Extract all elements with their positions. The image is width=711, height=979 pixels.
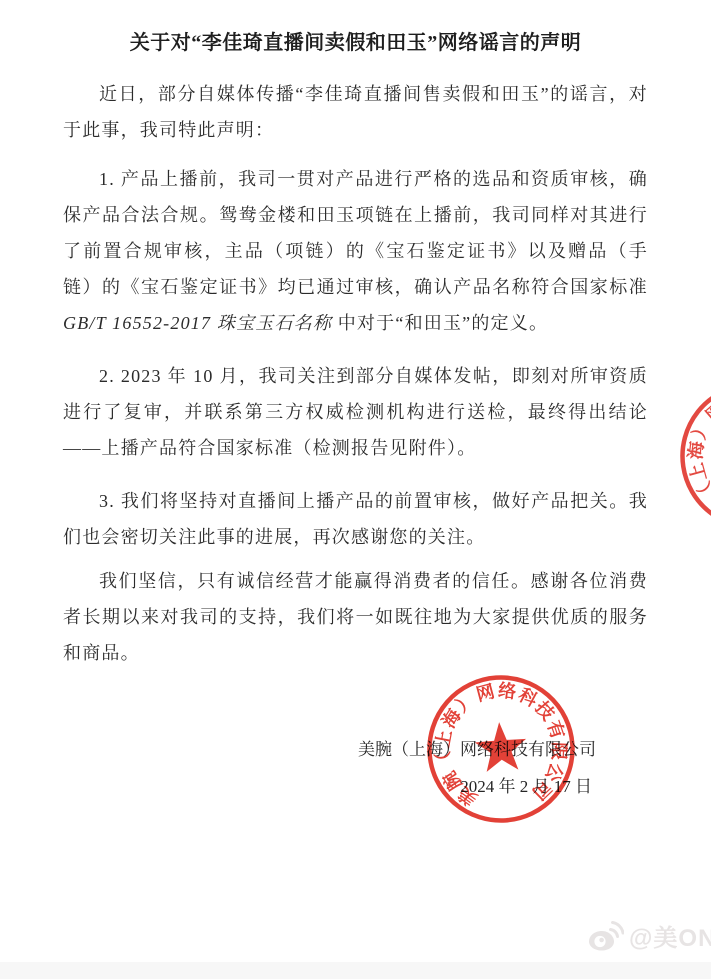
bottom-gray-strip [0,962,711,979]
signature-block: 美腕（上海）网络科技有限公司 2024 年 2 月 17 日 [63,731,648,805]
paragraph-closing: 我们坚信，只有诚信经营才能赢得消费者的信任。感谢各位消费者长期以来对我司的支持，… [63,563,648,671]
paragraph-intro: 近日，部分自媒体传播“李佳琦直播间售卖假和田玉”的谣言，对于此事，我司特此声明： [63,76,648,148]
paragraph-item2: 2. 2023 年 10 月，我司关注到部分自媒体发帖，即刻对所审资质进行了复审… [63,358,648,466]
paragraph-item3: 3. 我们将坚持对直播间上播产品的前置审核，做好产品把关。我们也会密切关注此事的… [63,483,648,555]
statement-document-page: 关于对“李佳琦直播间卖假和田玉”网络谣言的声明 近日，部分自媒体传播“李佳琦直播… [0,0,711,979]
document-body: 关于对“李佳琦直播间卖假和田玉”网络谣言的声明 近日，部分自媒体传播“李佳琦直播… [63,0,648,805]
item1-standard-reference: GB/T 16552-2017 珠宝玉石名称 [63,313,332,333]
weibo-watermark: @美ONE [586,918,711,953]
signature-date: 2024 年 2 月 17 日 [63,768,596,805]
partial-seal-ring-text: 美腕（上海）网络科技有限公司 [659,361,711,542]
weibo-icon [586,919,624,953]
svg-text:美腕（上海）网络科技有限公司: 美腕（上海）网络科技有限公司 [659,361,711,542]
partial-seal-stamp: 美腕（上海）网络科技有限公司 [645,347,711,566]
paragraph-item1: 1. 产品上播前，我司一贯对产品进行严格的选品和资质审核，确保产品合法合规。鸳鸯… [63,161,648,341]
document-title: 关于对“李佳琦直播间卖假和田玉”网络谣言的声明 [63,26,648,55]
partial-seal-ring-circle [656,358,711,553]
item1-lead-text: 1. 产品上播前，我司一贯对产品进行严格的选品和资质审核，确保产品合法合规。鸳鸯… [63,169,648,297]
weibo-handle: @美ONE [629,918,711,953]
signature-company-name: 美腕（上海）网络科技有限公司 [63,731,596,768]
item1-tail-text: 中对于“和田玉”的定义。 [332,313,548,333]
